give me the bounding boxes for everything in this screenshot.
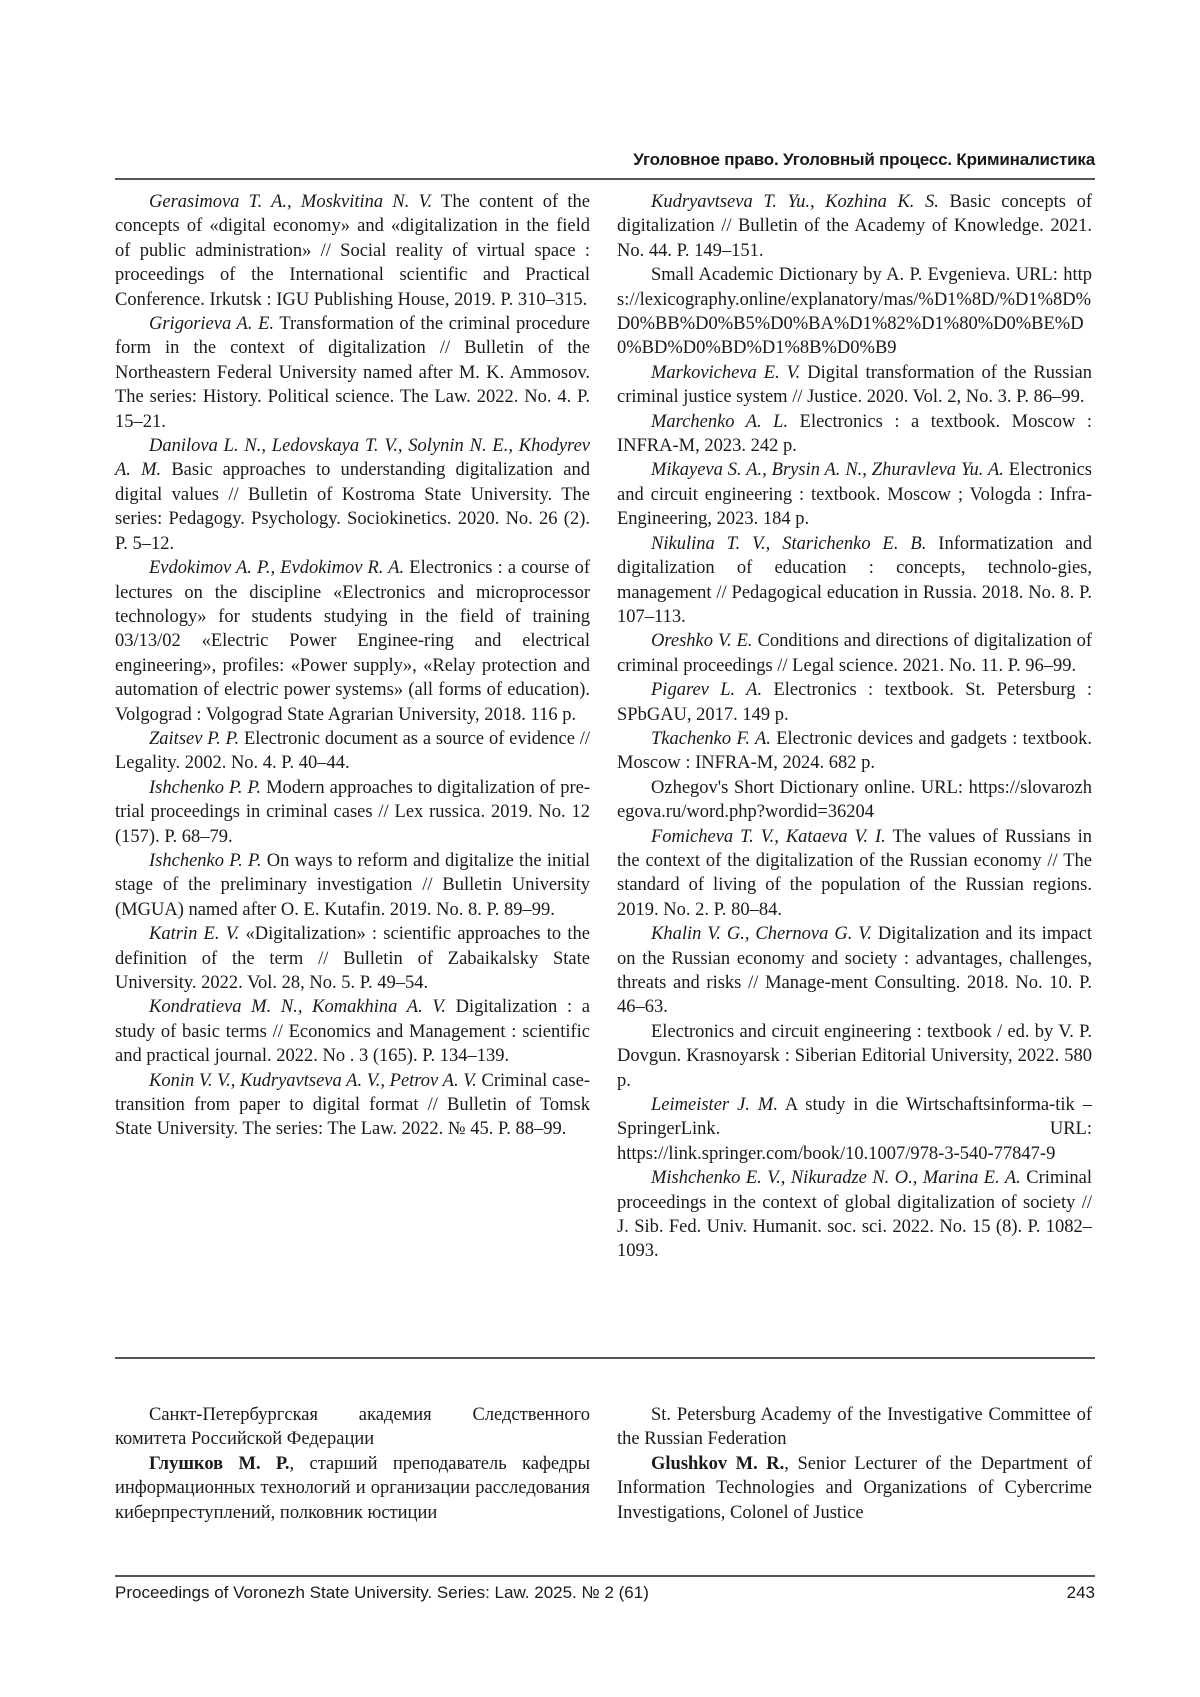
reference-authors: Mikayeva S. A., Brysin A. N., Zhuravleva… — [651, 460, 1004, 480]
affiliation-en: St. Petersburg Academy of the Investigat… — [617, 1403, 1092, 1525]
reference-text: Basic approaches to understanding digita… — [115, 460, 590, 553]
reference-authors: Konin V. V., Kudryavtseva A. V., Petrov … — [149, 1071, 477, 1091]
reference-authors: Oreshko V. E. — [651, 631, 753, 651]
reference-authors: Nikulina T. V., Starichenko E. B. — [651, 534, 926, 554]
page-footer: Proceedings of Voronezh State University… — [115, 1583, 1095, 1603]
reference-authors: Leimeister J. M. — [651, 1095, 778, 1115]
reference-item: Kondratieva M. N., Komakhina A. V. Digit… — [115, 995, 590, 1068]
page-number: 243 — [1067, 1583, 1095, 1603]
reference-item: Konin V. V., Kudryavtseva A. V., Petrov … — [115, 1069, 590, 1142]
author-name-en: Glushkov M. R. — [651, 1454, 784, 1474]
reference-item: Small Academic Dictionary by A. P. Evgen… — [617, 263, 1092, 361]
reference-authors: Mishchenko E. V., Nikuradze N. O., Marin… — [651, 1168, 1021, 1188]
reference-item: Pigarev L. A. Electronics : textbook. St… — [617, 678, 1092, 727]
reference-item: Zaitsev P. P. Electronic document as a s… — [115, 727, 590, 776]
reference-authors: Kondratieva M. N., Komakhina A. V. — [149, 997, 446, 1017]
reference-text: Small Academic Dictionary by A. P. Evgen… — [617, 265, 1092, 358]
reference-item: Evdokimov A. P., Evdokimov R. A. Electro… — [115, 556, 590, 727]
reference-item: Fomicheva T. V., Kataeva V. I. The value… — [617, 825, 1092, 923]
reference-authors: Fomicheva T. V., Kataeva V. I. — [651, 827, 886, 847]
reference-item: Marchenko A. L. Electronics : a textbook… — [617, 410, 1092, 459]
reference-authors: Khalin V. G., Chernova G. V. — [651, 924, 872, 944]
reference-item: Ishchenko P. P. On ways to reform and di… — [115, 849, 590, 922]
reference-item: Oreshko V. E. Conditions and directions … — [617, 629, 1092, 678]
author-ru: Глушков М. Р., старший преподаватель каф… — [115, 1452, 590, 1525]
reference-text: Electronics and circuit engineering : te… — [617, 1022, 1092, 1091]
section-divider — [115, 1357, 1095, 1359]
reference-authors: Evdokimov A. P., Evdokimov R. A. — [149, 558, 404, 578]
reference-item: Grigorieva A. E. Transformation of the c… — [115, 312, 590, 434]
reference-item: Leimeister J. M. A study in die Wirtscha… — [617, 1093, 1092, 1166]
reference-item: Katrin E. V. «Digitalization» : scientif… — [115, 922, 590, 995]
reference-item: Tkachenko F. A. Electronic devices and g… — [617, 727, 1092, 776]
reference-item: Mishchenko E. V., Nikuradze N. O., Marin… — [617, 1166, 1092, 1264]
reference-authors: Kudryavtseva T. Yu., Kozhina K. S. — [651, 192, 939, 212]
reference-authors: Ishchenko P. P. — [149, 778, 261, 798]
footer-rule — [115, 1575, 1095, 1577]
reference-authors: Pigarev L. A. — [651, 680, 762, 700]
affiliation-ru: Санкт-Петербургская академия Следственно… — [115, 1403, 590, 1525]
reference-authors: Markovicheva E. V. — [651, 363, 800, 383]
reference-item: Ozhegov's Short Dictionary online. URL: … — [617, 776, 1092, 825]
institution-ru: Санкт-Петербургская академия Следственно… — [115, 1403, 590, 1452]
reference-authors: Grigorieva A. E. — [149, 314, 274, 334]
reference-text: Electronics : a course of lectures on th… — [115, 558, 590, 724]
reference-item: Nikulina T. V., Starichenko E. B. Inform… — [617, 532, 1092, 630]
reference-authors: Katrin E. V. — [149, 924, 239, 944]
reference-item: Ishchenko P. P. Modern approaches to dig… — [115, 776, 590, 849]
reference-item: Markovicheva E. V. Digital transformatio… — [617, 361, 1092, 410]
reference-item: Gerasimova T. A., Moskvitina N. V. The c… — [115, 190, 590, 312]
references-right-column: Kudryavtseva T. Yu., Kozhina K. S. Basic… — [617, 190, 1092, 1264]
reference-authors: Marchenko A. L. — [651, 412, 788, 432]
reference-authors: Ishchenko P. P. — [149, 851, 262, 871]
institution-en: St. Petersburg Academy of the Investigat… — [617, 1403, 1092, 1452]
reference-authors: Tkachenko F. A. — [651, 729, 771, 749]
reference-authors: Gerasimova T. A., Moskvitina N. V. — [149, 192, 432, 212]
reference-authors: Zaitsev P. P. — [149, 729, 239, 749]
reference-text: Ozhegov's Short Dictionary online. URL: … — [617, 778, 1092, 822]
reference-item: Danilova L. N., Ledovskaya T. V., Solyni… — [115, 434, 590, 556]
reference-item: Kudryavtseva T. Yu., Kozhina K. S. Basic… — [617, 190, 1092, 263]
journal-citation: Proceedings of Voronezh State University… — [115, 1583, 649, 1603]
header-rule — [115, 178, 1095, 180]
running-head-title: Уголовное право. Уголовный процесс. Крим… — [115, 150, 1095, 170]
references-left-column: Gerasimova T. A., Moskvitina N. V. The c… — [115, 190, 590, 1142]
author-name-ru: Глушков М. Р. — [149, 1454, 290, 1474]
reference-item: Khalin V. G., Chernova G. V. Digitalizat… — [617, 922, 1092, 1020]
reference-item: Electronics and circuit engineering : te… — [617, 1020, 1092, 1093]
author-en: Glushkov M. R., Senior Lecturer of the D… — [617, 1452, 1092, 1525]
reference-item: Mikayeva S. A., Brysin A. N., Zhuravleva… — [617, 458, 1092, 531]
